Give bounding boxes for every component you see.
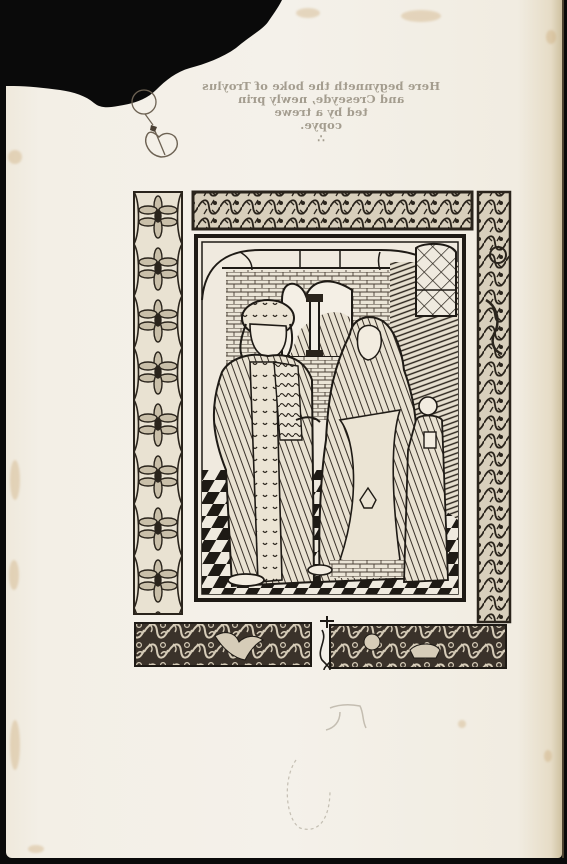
top-border [193, 192, 472, 229]
bottom-right-border [330, 625, 506, 668]
central-scene [196, 236, 464, 600]
left-border [134, 192, 182, 614]
right-border [478, 192, 510, 622]
offset-marks [287, 705, 366, 830]
woodcut-illustration [0, 0, 567, 864]
bottom-left-border [135, 623, 311, 666]
